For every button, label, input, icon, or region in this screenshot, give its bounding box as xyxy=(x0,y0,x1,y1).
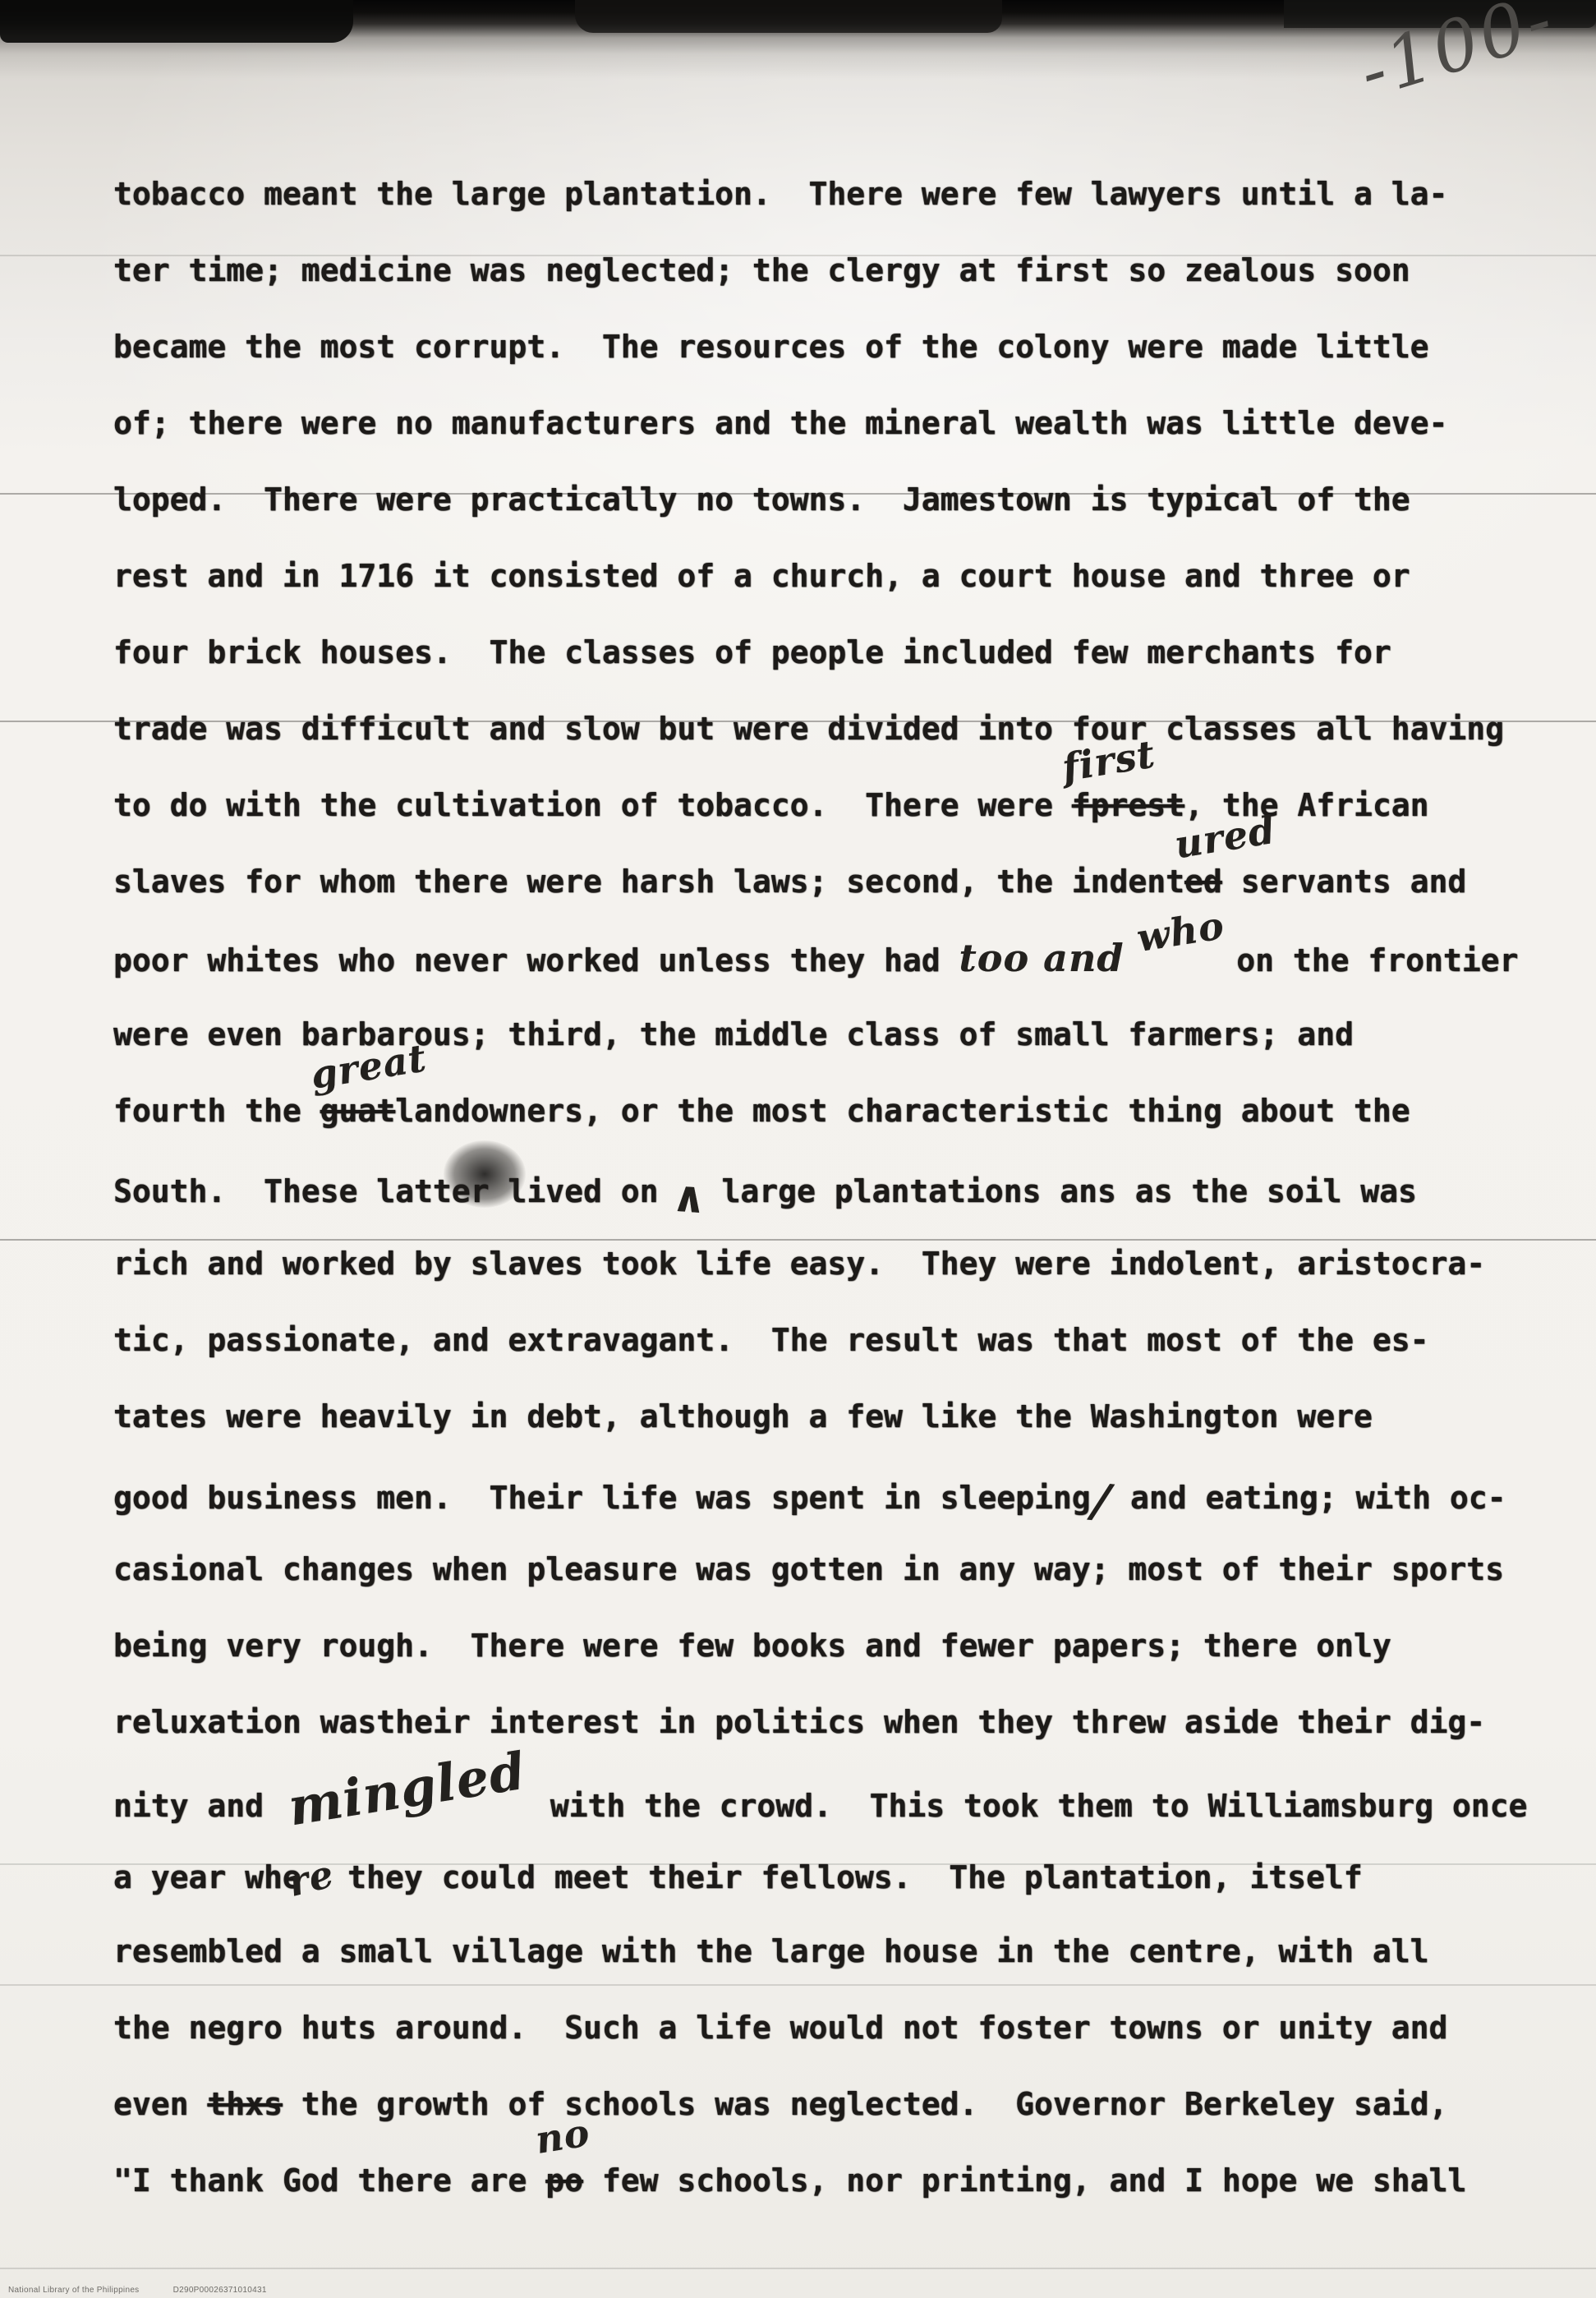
scan-line-artifact xyxy=(0,2268,1596,2269)
scan-footer: National Library of the Philippines D290… xyxy=(8,2286,298,2295)
hand-over-segment: re xyxy=(279,1836,342,1922)
typed-segment: tates were heavily in debt, although a f… xyxy=(113,1398,1373,1435)
typed-segment: good business men. Their life was spent … xyxy=(113,1480,1091,1516)
typed-segment: tic, passionate, and extravagant. The re… xyxy=(113,1322,1428,1358)
typed-line: reluxation wastheir interest in politics… xyxy=(113,1684,1547,1761)
typed-segment: and eating; with oc- xyxy=(1111,1480,1506,1516)
typed-segment: "I thank God there are xyxy=(113,2162,545,2199)
strike-segment: fprestfirst xyxy=(1072,767,1184,844)
typed-line: resembled a small village with the large… xyxy=(113,1913,1547,1990)
typed-segment: even xyxy=(113,2086,207,2122)
typed-segment: South. These latter lived on xyxy=(113,1173,677,1209)
hand-caret-segment: ∧ xyxy=(669,1158,711,1237)
typed-line: to do with the cultivation of tobacco. T… xyxy=(113,767,1547,844)
typed-line: good business men. Their life was spent … xyxy=(113,1455,1547,1531)
typed-line: nity and mingled with the crowd. This to… xyxy=(113,1761,1547,1837)
typed-segment: resembled a small village with the large… xyxy=(113,1933,1428,1969)
typed-line: fourth the guatgreatlandowners, or the m… xyxy=(113,1073,1547,1149)
typed-line: loped. There were practically no towns. … xyxy=(113,462,1547,538)
typed-segment: being very rough. There were few books a… xyxy=(113,1628,1391,1664)
hand-slash-segment: / xyxy=(1088,1462,1114,1540)
typed-line: four brick houses. The classes of people… xyxy=(113,615,1547,691)
typed-lines: tobacco meant the large plantation. Ther… xyxy=(113,156,1547,2219)
typed-line: being very rough. There were few books a… xyxy=(113,1608,1547,1684)
handwritten-annotation: ured xyxy=(1170,792,1281,883)
typed-segment: casional changes when pleasure was gotte… xyxy=(113,1551,1504,1587)
typed-segment: a year whe xyxy=(113,1859,301,1895)
typed-segment: poor whites who never worked unless they… xyxy=(113,942,959,979)
typed-segment: four brick houses. The classes of people… xyxy=(113,634,1391,670)
typed-segment: became the most corrupt. The resources o… xyxy=(113,329,1428,365)
scanned-document-page: -100- tobacco meant the large plantation… xyxy=(0,0,1596,2298)
typed-line: tates were heavily in debt, although a f… xyxy=(113,1379,1547,1455)
strike-segment: guatgreat xyxy=(320,1073,396,1149)
typed-segment: landowners, or the most characteristic t… xyxy=(395,1093,1410,1129)
typed-segment: reluxation wastheir interest in politics… xyxy=(113,1704,1485,1740)
scan-edge-blob xyxy=(575,0,1002,33)
typed-segment: rich and worked by slaves took life easy… xyxy=(113,1246,1485,1282)
typed-segment: trade was difficult and slow but were di… xyxy=(113,711,1504,747)
typed-line: rich and worked by slaves took life easy… xyxy=(113,1226,1547,1302)
typed-line: tic, passionate, and extravagant. The re… xyxy=(113,1302,1547,1379)
typed-segment: with the crowd. This took them to Willia… xyxy=(531,1788,1528,1824)
typed-line: ter time; medicine was neglected; the cl… xyxy=(113,233,1547,309)
typed-line: casional changes when pleasure was gotte… xyxy=(113,1531,1547,1608)
typed-segment: were even barbarous; third, the middle c… xyxy=(113,1016,1354,1052)
hand-raised-segment: who xyxy=(1131,887,1230,977)
typed-line: trade was difficult and slow but were di… xyxy=(113,691,1547,767)
typed-line: "I thank God there are pono few schools,… xyxy=(113,2143,1547,2219)
typed-segment: slaves for whom there were harsh laws; s… xyxy=(113,863,1184,900)
typed-segment: rest and in 1716 it consisted of a churc… xyxy=(113,558,1410,594)
typed-segment: fourth the xyxy=(113,1093,320,1129)
typed-segment: ter time; medicine was neglected; the cl… xyxy=(113,252,1410,288)
typed-line: rest and in 1716 it consisted of a churc… xyxy=(113,538,1547,615)
typed-segment: on the frontier xyxy=(1217,942,1518,979)
hand-segment: too and xyxy=(959,936,1138,980)
typed-segment: large plantations ans as the soil was xyxy=(703,1173,1417,1209)
typed-line: of; there were no manufacturers and the … xyxy=(113,385,1547,462)
typed-line: a year where they could meet their fello… xyxy=(113,1837,1547,1913)
typed-line: even thxs the growth of schools was negl… xyxy=(113,2066,1547,2143)
footer-code: D290P00026371010431 xyxy=(173,2286,267,2295)
typed-line: slaves for whom there were harsh laws; s… xyxy=(113,844,1547,920)
typed-line: South. These latter lived on ∧ large pla… xyxy=(113,1149,1547,1226)
typed-segment: nity and xyxy=(113,1788,283,1824)
strike-segment: thxs xyxy=(207,2086,283,2122)
typed-line: tobacco meant the large plantation. Ther… xyxy=(113,156,1547,233)
typed-segment: they could meet their fellows. The plant… xyxy=(329,1859,1362,1895)
typed-segment: tobacco meant the large plantation. Ther… xyxy=(113,176,1447,212)
typed-segment: to do with the cultivation of tobacco. T… xyxy=(113,787,1072,823)
strike-segment: pono xyxy=(545,2143,583,2219)
typed-line: became the most corrupt. The resources o… xyxy=(113,309,1547,385)
typed-segment: loped. There were practically no towns. … xyxy=(113,481,1410,518)
footer-library-label: National Library of the Philippines xyxy=(8,2286,139,2295)
typed-segment: few schools, nor printing, and I hope we… xyxy=(583,2162,1466,2199)
typed-line: poor whites who never worked unless they… xyxy=(113,920,1547,997)
typed-line: the negro huts around. Such a life would… xyxy=(113,1990,1547,2066)
typed-segment: of; there were no manufacturers and the … xyxy=(113,405,1447,441)
typed-segment: the negro huts around. Such a life would… xyxy=(113,2010,1447,2046)
scan-edge-blob xyxy=(0,0,353,43)
typed-segment: the growth of schools was neglected. Gov… xyxy=(283,2086,1447,2122)
handwritten-annotation: first xyxy=(1056,716,1161,807)
